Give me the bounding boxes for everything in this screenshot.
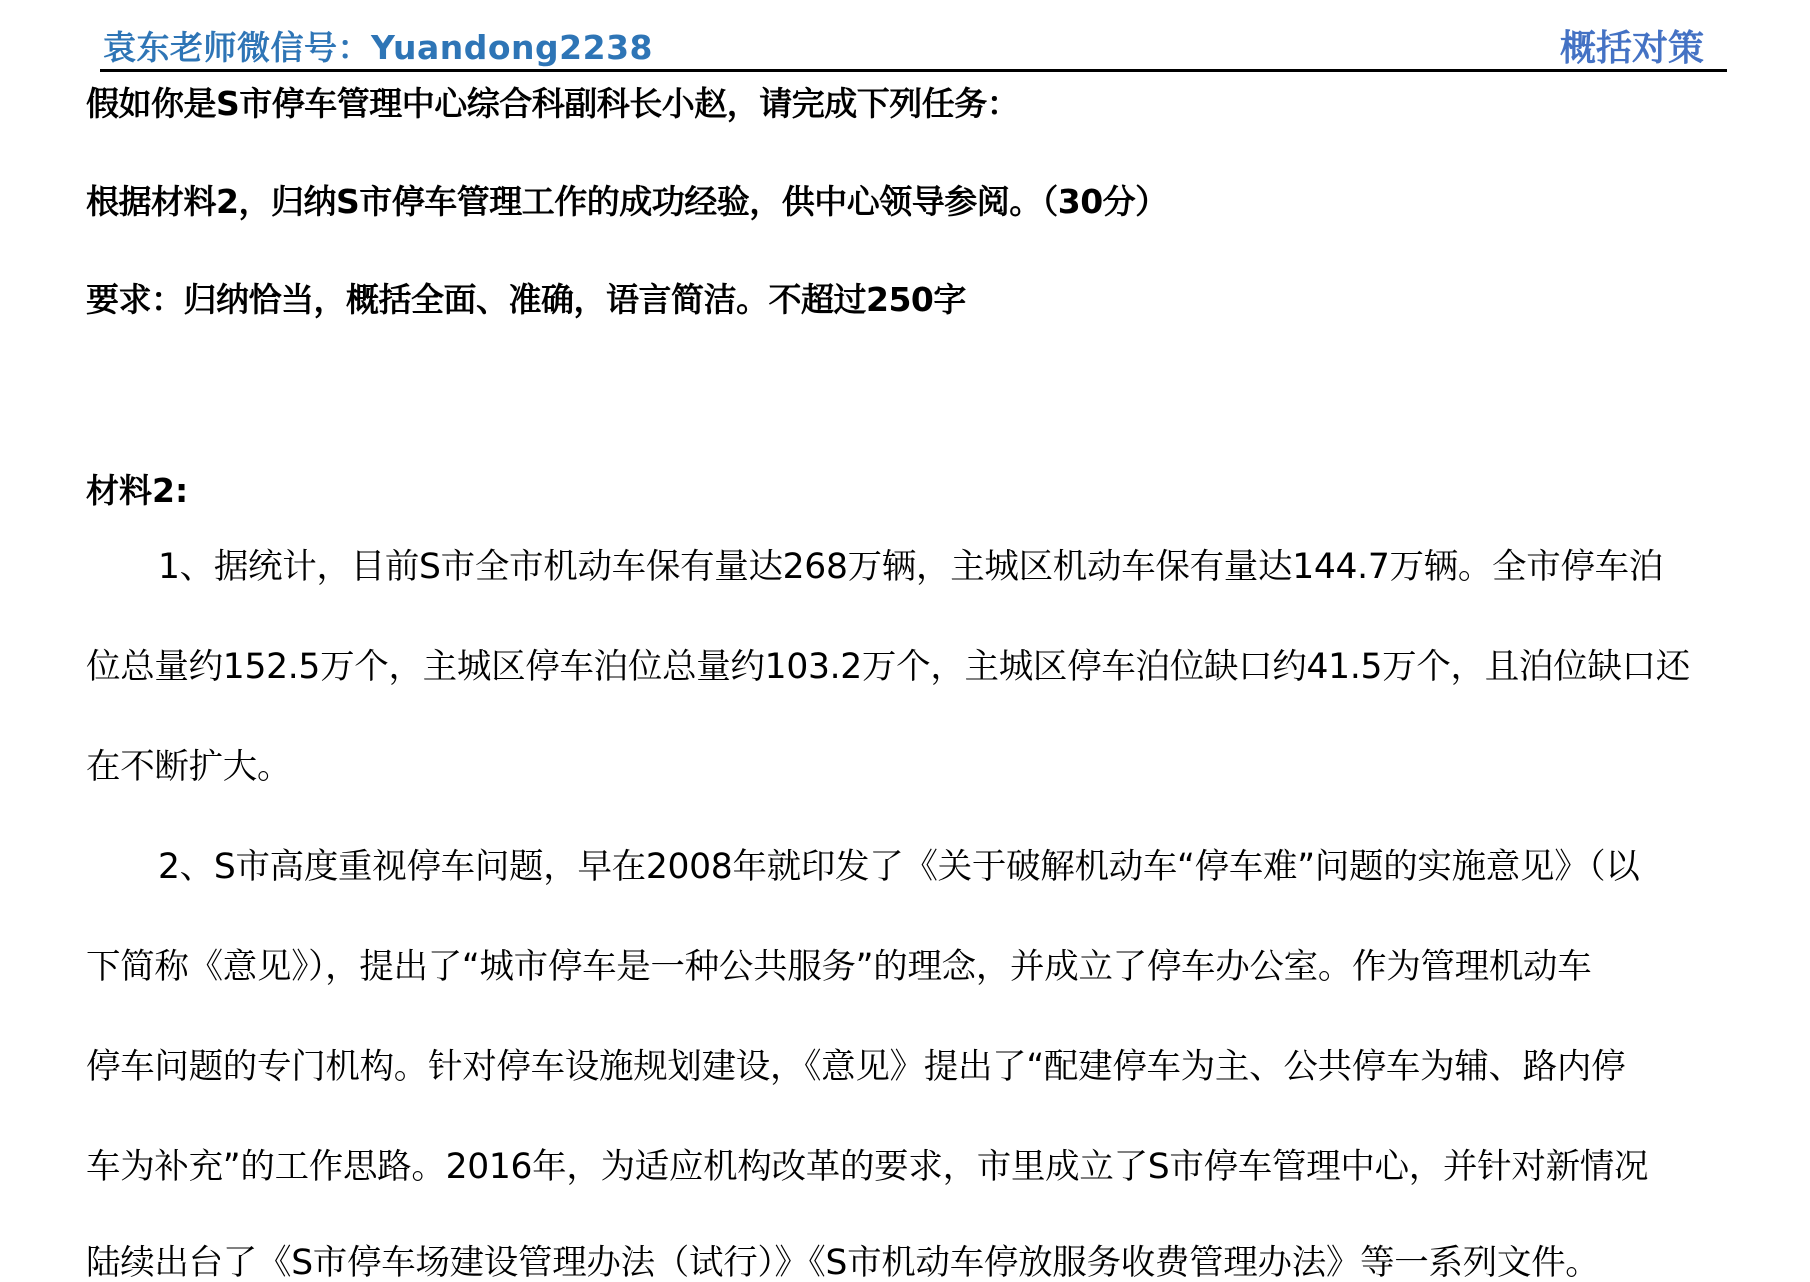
header-section-label: 概括对策: [1560, 20, 1704, 71]
material-line: 陆续出台了《S市停车场建设管理办法（试行）》《S市机动车停放服务收费管理办法》等…: [86, 1234, 1600, 1282]
material-title: 材料2:: [86, 465, 188, 512]
material-line: 下简称《意见》），提出了“城市停车是一种公共服务”的理念，并成立了停车办公室。作…: [86, 938, 1591, 988]
task-role: 假如你是S市停车管理中心综合科副科长小赵，请完成下列任务：: [86, 78, 1019, 125]
material-line: 在不断扩大。: [86, 738, 291, 788]
header-wechat-label: 袁东老师微信号：Yuandong2238: [103, 22, 653, 69]
task-question: 根据材料2，归纳S市停车管理工作的成功经验，供中心领导参阅。（30分）: [86, 176, 1168, 223]
header-divider: [100, 69, 1727, 72]
material-line: 2、S市高度重视停车问题，早在2008年就印发了《关于破解机动车“停车难”问题的…: [158, 838, 1640, 888]
material-line: 车为补充”的工作思路。2016年，为适应机构改革的要求，市里成立了S市停车管理中…: [86, 1138, 1648, 1188]
material-line: 1、据统计，目前S市全市机动车保有量达268万辆，主城区机动车保有量达144.7…: [158, 538, 1663, 588]
material-line: 位总量约152.5万个，主城区停车泊位总量约103.2万个，主城区停车泊位缺口约…: [86, 638, 1690, 688]
task-requirement: 要求：归纳恰当，概括全面、准确，语言简洁。不超过250字: [86, 274, 966, 321]
material-line: 停车问题的专门机构。针对停车设施规划建设，《意见》提出了“配建停车为主、公共停车…: [86, 1038, 1625, 1088]
